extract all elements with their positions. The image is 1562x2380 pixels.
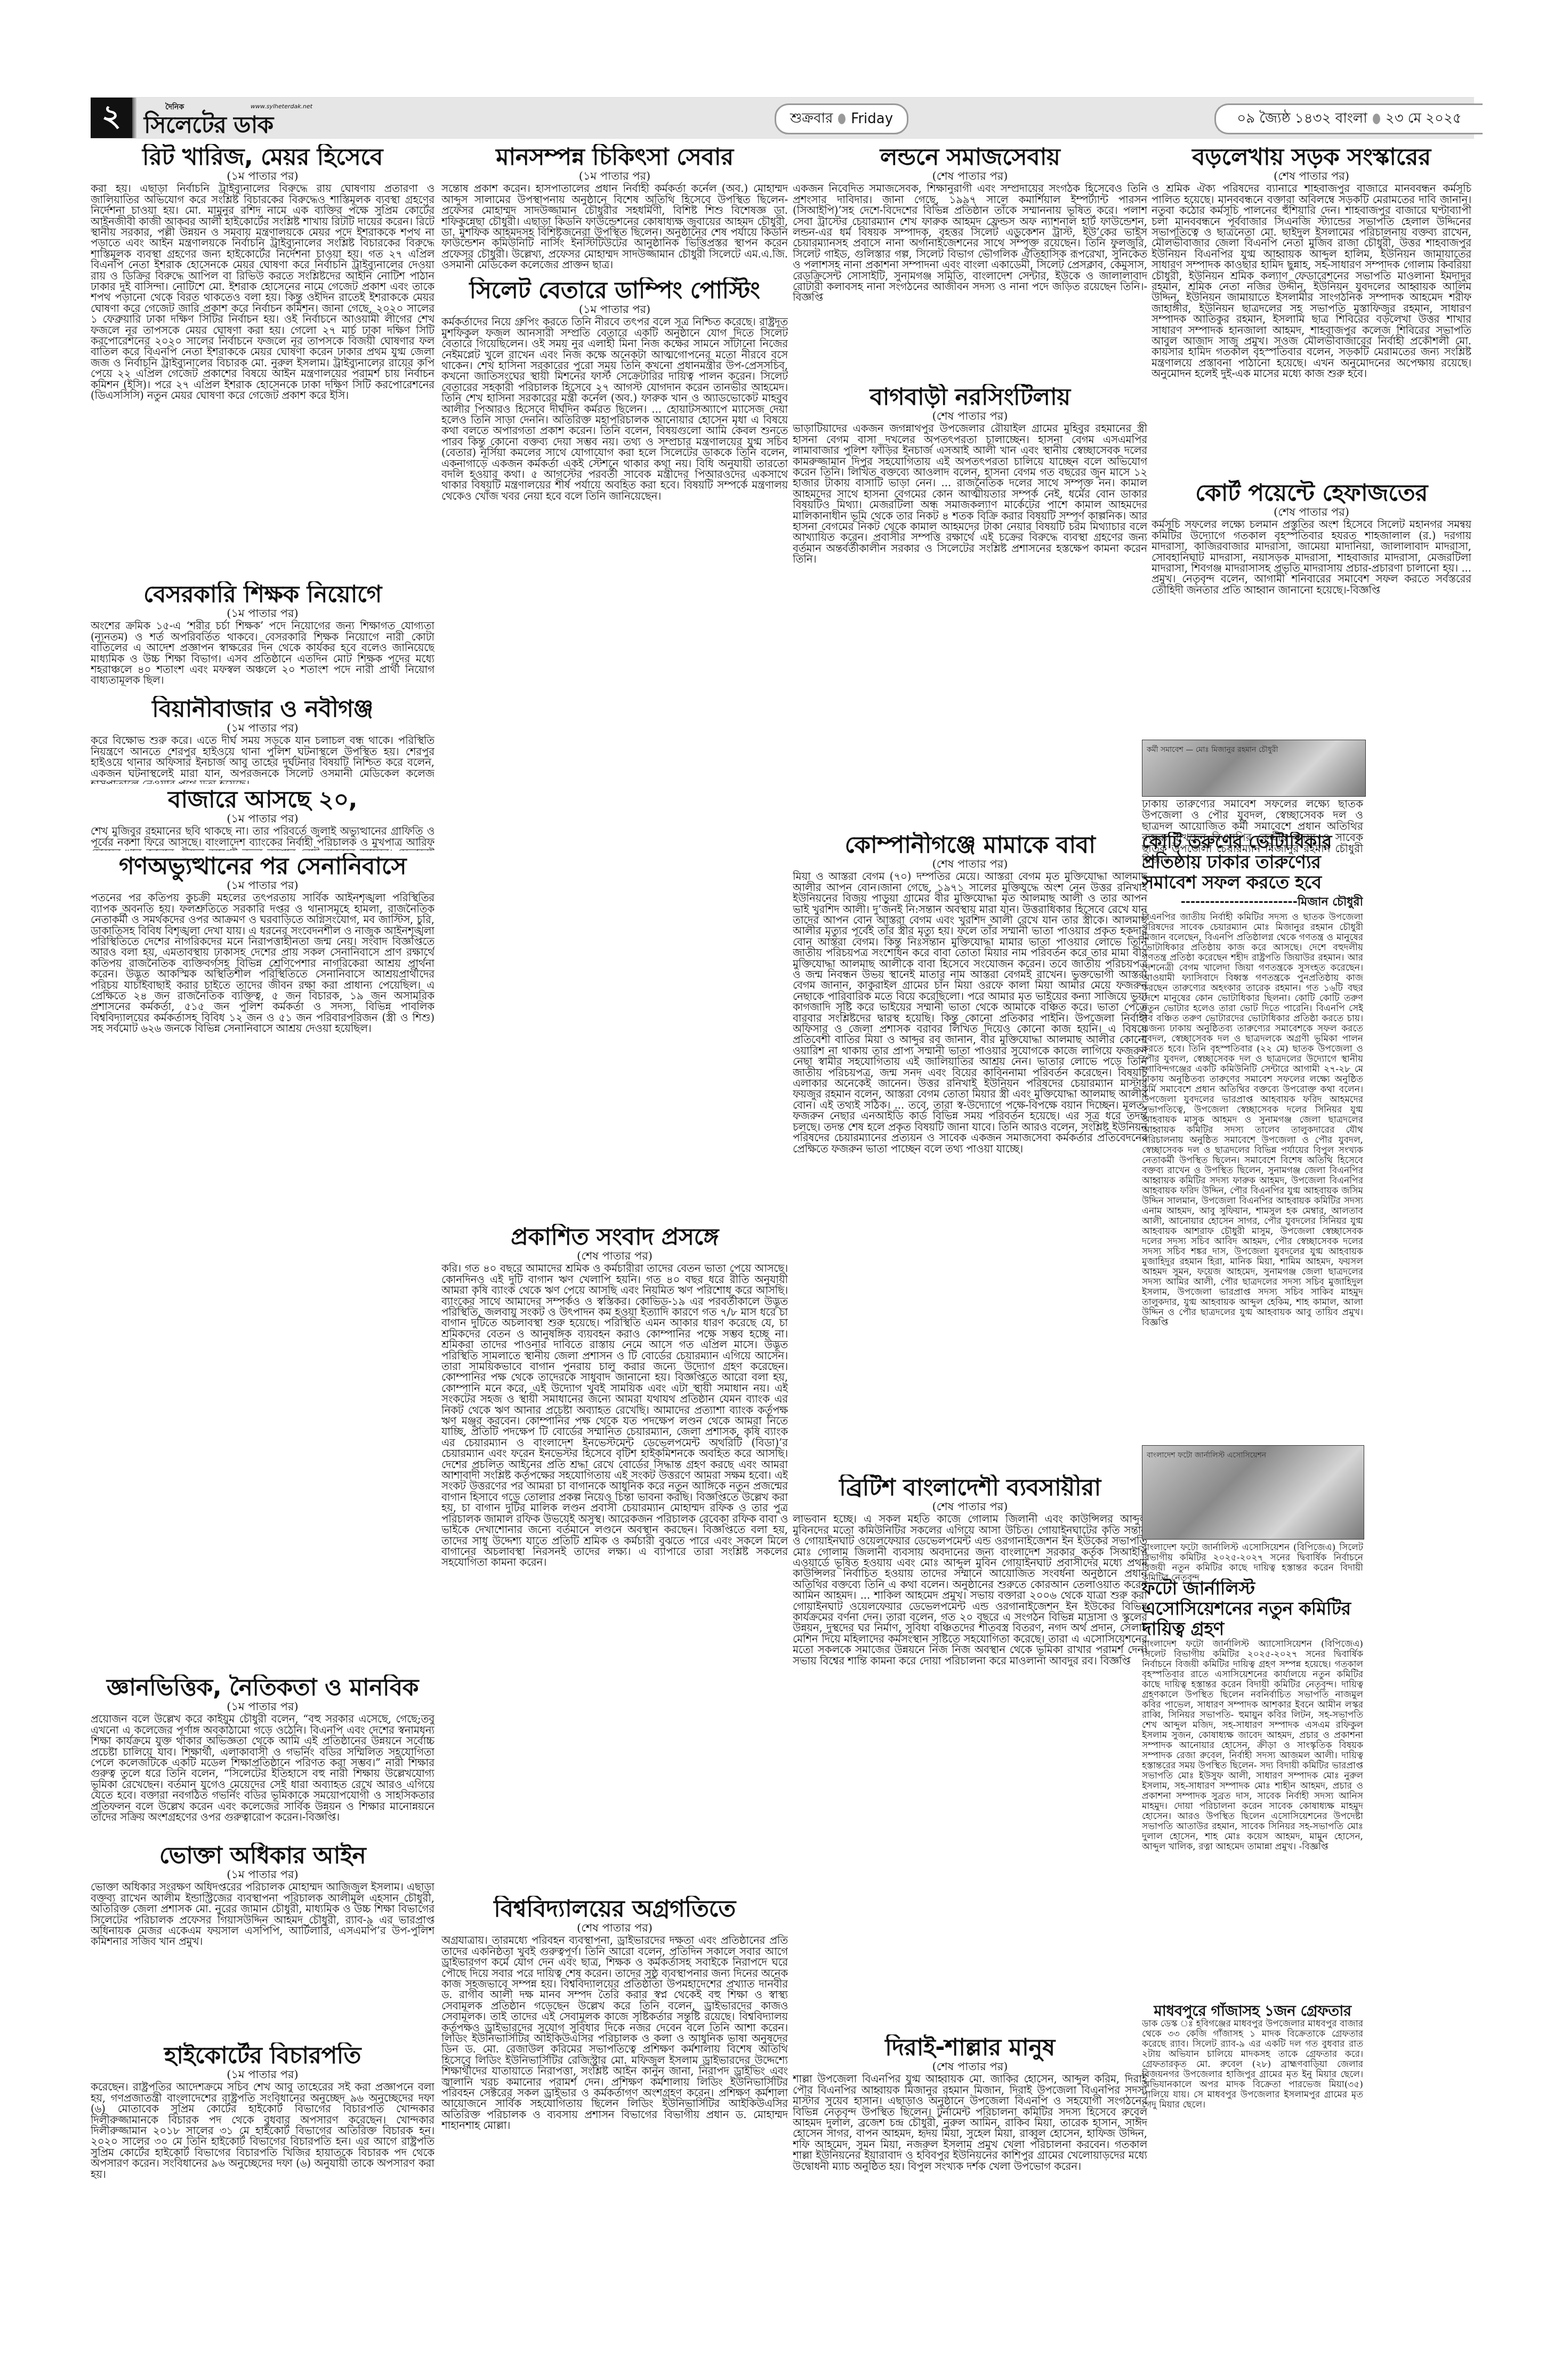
continued-label: (১ম পাতার পর) [91,813,434,825]
article-body: করা হয়। এছাড়া নির্বাচনি ট্রাইব্যুনালের… [91,183,434,401]
continued-label: (শেষ পাতার পর) [441,1922,788,1934]
date-en: ২৩ মে ২০২৫ [1386,107,1462,131]
article-companiganj: কোম্পানীগঞ্জে মামাকে বাবা (শেষ পাতার পর)… [793,832,1147,1472]
article-body: বিএনপির জাতীয় নির্বাহী কমিটির সদস্য ও ছ… [1142,912,1363,1328]
continued-label: (১ম পাতার পর) [91,722,434,734]
article-bhokta-odhikar: ভোক্তা অধিকার আইন (১ম পাতার পর) ভোক্তা অ… [91,1842,434,2040]
headline: মাধবপুরে গাঁজাসহ ১জন গ্রেফতার [1142,2002,1363,2019]
article-photo-journalist-committee: ফটো জার্নালিস্ট এসোসিয়েশনের নতুন কমিটির… [1142,1578,1363,2000]
logo-name: সিলেটের ডাক [144,107,273,146]
article-london-somajseba: লন্ডনে সমাজসেবায় (শেষ পাতার পর) একজন নি… [793,144,1147,381]
headline: বড়লেখায় সড়ক সংস্কারের [1152,144,1471,170]
day-badge: শুক্রবার Friday [775,103,908,134]
article-body: করে বিক্ষোভ শুরু করে। এতে দীর্ঘ সময় সড়… [91,735,434,784]
article-body: পতনের পর কতিপয় কুচক্রী মহলের তৎপরতায় স… [91,893,434,1034]
masthead: ২ দৈনিক সিলেটের ডাক www.sylheterdak.net … [91,97,1474,139]
headline: বিয়ানীবাজার ও নবীগঞ্জ [91,696,434,722]
continued-label: (শেষ পাতার পর) [1152,170,1471,182]
article-dirai-shalla: দিরাই-শাল্লার মানুষ (শেষ পাতার পর) শাল্ল… [793,2034,1147,2210]
headline: কোটি তরুণের ভোটাধিকার প্রতিষ্ঠায় ঢাকার … [1142,832,1363,893]
continued-label: (শেষ পাতার পর) [793,2061,1147,2073]
article-chikitsa-seba: মানসম্পন্ন চিকিৎসা সেবার (১ম পাতার পর) স… [441,144,788,275]
continued-label: (শেষ পাতার পর) [793,170,1147,182]
article-body: মিয়া ও আস্তরা বেগম (৭০) দম্পতির মেয়ে। … [793,871,1147,1155]
photo-label: বাংলাদেশ ফটো জার্নালিস্ট এসোসিয়েশন [1147,1449,1266,1462]
headline: ফটো জার্নালিস্ট এসোসিয়েশনের নতুন কমিটির… [1142,1578,1363,1639]
headline: বেসরকারি শিক্ষক নিয়োগে [91,581,434,607]
article-british-bangladeshi: ব্রিটিশ বাংলাদেশী ব্যবসায়ীরা (শেষ পাতার… [793,1475,1147,2026]
article-highcourt: হাইকোর্টের বিচারপতি (১ম পাতার পর) করেছেন… [91,2042,434,2197]
page-number: ২ [91,98,132,138]
article-bishwabidyalay: বিশ্ববিদ্যালয়ের অগ্রগতিতে (শেষ পাতার পর… [441,1896,788,2194]
continued-label: (১ম পাতার পর) [91,1869,434,1881]
article-body: প্রয়োজন বলে উল্লেখ করে কাইয়ুম চৌধুরী ব… [91,1714,434,1823]
continued-label: (শেষ পাতার পর) [1152,506,1471,518]
continued-label: (১ম পাতার পর) [91,170,434,182]
headline: দিরাই-শাল্লার মানুষ [793,2034,1147,2061]
headline: বাজারে আসছে ২০, [91,787,434,813]
continued-label: (শেষ পাতার পর) [793,858,1147,870]
bullet-dot-icon [1373,114,1380,124]
photo-photo-journalist: বাংলাদেশ ফটো জার্নালিস্ট এসোসিয়েশন [1142,1445,1364,1540]
headline: হাইকোর্টের বিচারপতি [91,2042,434,2069]
article-court-point: কোর্ট পয়েন্টে হেফাজতের (শেষ পাতার পর) ক… [1152,480,1471,736]
article-body: করেছেন। রাষ্ট্রপতির আদেশক্রমে সচিব শেখ আ… [91,2082,434,2180]
article-body: অগ্রযাত্রায়। তারমধ্যে পরিবহন ব্যবস্থাপন… [441,1935,788,2131]
article-borolekha-sorok: বড়লেখায় সড়ক সংস্কারের (শেষ পাতার পর) … [1152,144,1471,477]
headline: রিট খারিজ, মেয়র হিসেবে [91,144,434,170]
headline: জ্ঞানভিত্তিক, নৈতিকতা ও মানবিক [91,1674,434,1701]
article-body: শেখ মুজিবুর রহমানের ছবি থাকছে না। তার পর… [91,826,434,851]
article-body: সন্তোষ প্রকাশ করেন। হাসপাতালের প্রধান নি… [441,183,788,270]
continued-label: (শেষ পাতার পর) [793,1501,1147,1513]
continued-label: (১ম পাতার পর) [441,170,788,182]
article-body: ভাড়াটিয়াদের একজন জগন্নাথপুর উপজেলার রৌ… [793,423,1147,565]
continued-label: (১ম পাতার পর) [441,303,788,316]
article-biyanibazar: বিয়ানীবাজার ও নবীগঞ্জ (১ম পাতার পর) করে… [91,696,434,784]
article-body: একজন নিবেদিত সমাজসেবক, শিক্ষানুরাগী এবং … [793,183,1147,303]
article-body: ও শ্রমিক ঐক্য পরিষদের ব্যানারে শাহবাজপুর… [1152,183,1471,379]
article-koti-torun: কোটি তরুণের ভোটাধিকার প্রতিষ্ঠায় ঢাকার … [1142,832,1363,1371]
article-body: করি। গত ৪০ বছরে আমাদের শ্রমিক ও কর্মচারী… [441,1263,788,1568]
article-bagbari: বাগবাড়ী নরসিংটিলায় (শেষ পাতার পর) ভাড়… [793,384,1147,827]
day-en: Friday [851,111,893,127]
continued-label: (১ম পাতার পর) [91,879,434,892]
continued-label: (১ম পাতার পর) [91,1701,434,1713]
article-body: ডাক ডেস্ক ঃ হবিগঞ্জের মাধবপুর উপজেলার মা… [1142,2019,1363,2110]
date-badge: ০৯ জ্যৈষ্ঠ ১৪৩২ বাংলা ২৩ মে ২০২৫ [1214,103,1483,134]
headline: গণঅভ্যুত্থানের পর সেনানিবাসে [91,853,434,879]
continued-label: (শেষ পাতার পর) [793,410,1147,422]
page-number-bar [132,98,136,138]
continued-label: (১ম পাতার পর) [91,2069,434,2081]
article-body: বাংলাদেশ ফটো জার্নালিস্ট অ্যাসোসিয়েশন (… [1142,1639,1363,1852]
article-madhabpur: মাধবপুরে গাঁজাসহ ১জন গ্রেফতার ডাক ডেস্ক … [1142,2002,1363,2141]
headline: কোম্পানীগঞ্জে মামাকে বাবা [793,832,1147,858]
article-body: অংশের ক্রমিক ১৫-এ ‘শরীর চর্চা শিক্ষক’ পদ… [91,621,434,686]
photo-karmi-somabesh: কর্মী সমাবেশ — মোঃ মিজানুর রহমান চৌধুরী [1142,740,1366,797]
headline: প্রকাশিত সংবাদ প্রসঙ্গে [441,1224,788,1250]
headline: ব্রিটিশ বাংলাদেশী ব্যবসায়ীরা [793,1475,1147,1501]
article-body: লাভবান হচ্ছে। এ সকল মহতি কাজে গোলাম জিলা… [793,1514,1147,1666]
article-gyanbhittik: জ্ঞানভিত্তিক, নৈতিকতা ও মানবিক (১ম পাতার… [91,1674,434,1829]
photo-caption: বাংলাদেশ ফটো জার্নালিস্ট এসোসিয়েশন (বিপ… [1142,1543,1363,1583]
article-sylhet-betar: সিলেট বেতারে ডাম্পিং পোস্টিং (১ম পাতার প… [441,277,788,1211]
photo-label: কর্মী সমাবেশ — মোঃ মিজানুর রহমান চৌধুরী [1147,743,1278,756]
article-body: কর্মকর্তাদের নিয়ে গ্রুপিং করতে তিনি নীর… [441,317,788,502]
headline: বিশ্ববিদ্যালয়ের অগ্রগতিতে [441,1896,788,1922]
headline: সিলেট বেতারে ডাম্পিং পোস্টিং [441,277,788,303]
headline: মানসম্পন্ন চিকিৎসা সেবার [441,144,788,170]
article-gono-obhyutthan: গণঅভ্যুত্থানের পর সেনানিবাসে (১ম পাতার প… [91,853,434,1680]
headline: কোর্ট পয়েন্টে হেফাজতের [1152,480,1471,506]
article-body: কর্মসূচি সফলের লক্ষ্যে চলমান প্রস্তুতির … [1152,519,1471,596]
article-body: শাল্লা উপজেলা বিএনপির যুগ্ম আহ্বায়ক মো.… [793,2074,1147,2172]
continued-label: (শেষ পাতার পর) [441,1250,788,1262]
date-bn: ০৯ জ্যৈষ্ঠ ১৪৩২ বাংলা [1237,107,1367,131]
logo-url[interactable]: www.sylheterdak.net [251,103,312,110]
article-bazare-asche: বাজারে আসছে ২০, (১ম পাতার পর) শেখ মুজিবু… [91,787,434,851]
headline: লন্ডনে সমাজসেবায় [793,144,1147,170]
headline: বাগবাড়ী নরসিংটিলায় [793,384,1147,410]
headline: ভোক্তা অধিকার আইন [91,1842,434,1869]
article-rit-kharij: রিট খারিজ, মেয়র হিসেবে (১ম পাতার পর) কর… [91,144,434,469]
article-body: ভোক্তা অধিকার সংরক্ষণ অধিদপ্তরের পরিচালক… [91,1882,434,1947]
article-prokashito-songbad: প্রকাশিত সংবাদ প্রসঙ্গে (শেষ পাতার পর) ক… [441,1224,788,1893]
continued-label: (১ম পাতার পর) [91,607,434,620]
byline: ------------------------মিজান চৌধুরী [1142,893,1363,912]
bullet-dot-icon [838,114,846,124]
article-besorkari-shikkhok: বেসরকারি শিক্ষক নিয়োগে (১ম পাতার পর) অং… [91,581,434,693]
day-bn: শুক্রবার [790,107,833,131]
